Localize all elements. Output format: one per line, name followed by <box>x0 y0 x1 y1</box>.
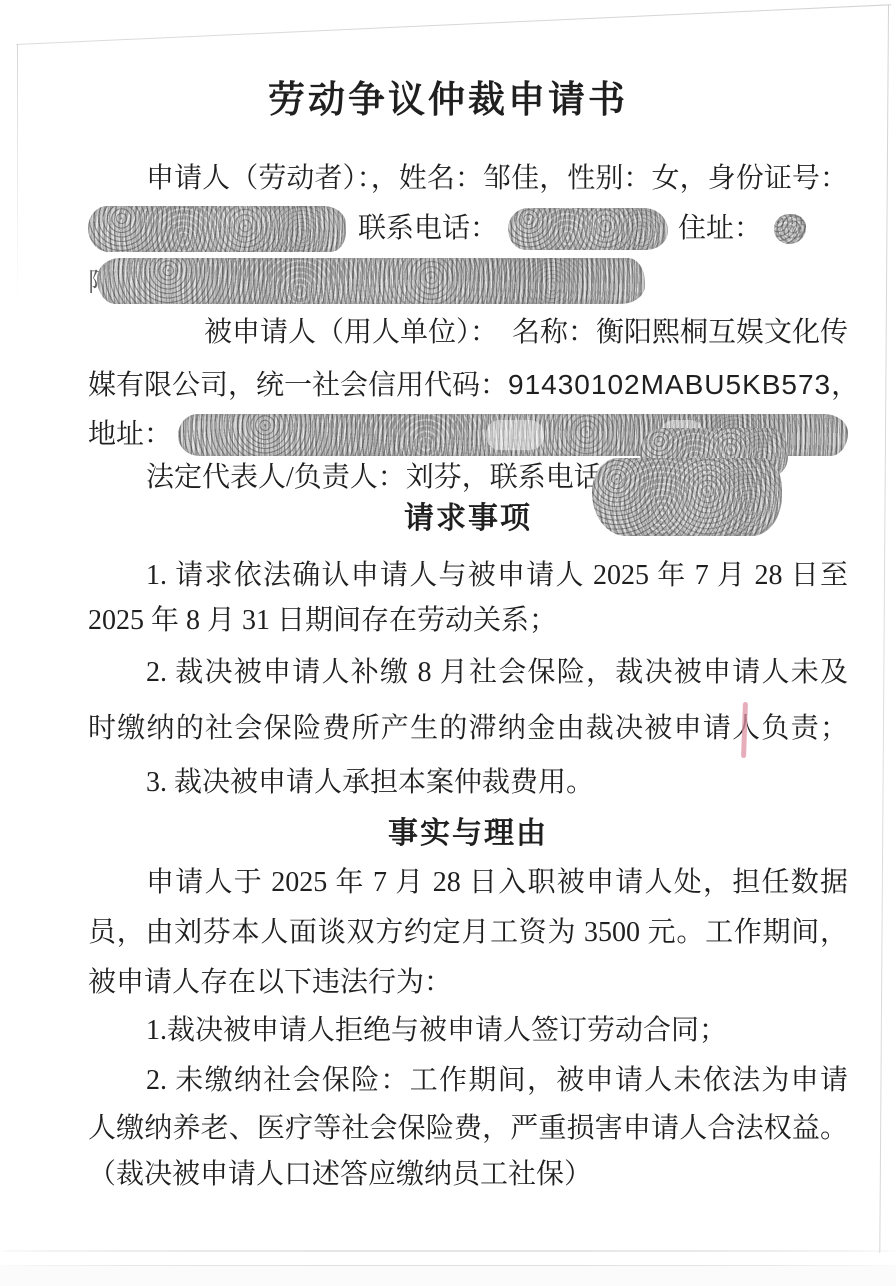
respondent-name-continued: 媒有限公司，统一社会信用代码： <box>88 370 508 401</box>
facts-item2-line2: 人缴纳养老、医疗等社会保险费，严重损害申请人合法权益。 <box>88 1106 848 1152</box>
respondent-label: 被申请人（用人单位）： <box>88 310 498 356</box>
credit-code-line: 媒有限公司，统一社会信用代码：91430102MABU5KB573， <box>88 362 848 408</box>
phone-label: 联系电话： <box>358 206 498 252</box>
page-bottom-edge <box>0 1250 896 1252</box>
facts-para-line1: 申请人于 2025 年 7 月 28 日入职被申请人处，担任数据 <box>88 860 848 906</box>
facts-heading: 事实与理由 <box>88 812 848 856</box>
page-top-edge <box>16 4 891 45</box>
redaction-address-start <box>774 214 806 244</box>
claims-heading: 请求事项 <box>88 497 848 541</box>
applicant-contact-line: 联系电话： 住址： <box>88 206 848 252</box>
respondent-address-label: 地址： <box>88 412 172 458</box>
redaction-phone-number <box>508 208 668 250</box>
claim-item3: 3. 裁决被申请人承担本案仲裁费用。 <box>88 760 848 806</box>
legal-rep-text: 法定代表人/负责人：刘芬，联系电话： <box>146 462 630 493</box>
address-label: 住址： <box>678 206 762 252</box>
facts-item2-line1: 2. 未缴纳社会保险：工作期间，被申请人未依法为申请 <box>88 1058 848 1104</box>
redaction-id-number <box>88 206 346 252</box>
facts-note-line: （裁决被申请人口述答应缴纳员工社保） <box>88 1152 848 1198</box>
facts-para-line2: 员，由刘芬本人面谈双方约定月工资为 3500 元。工作期间， <box>88 910 848 956</box>
page-right-edge <box>879 5 889 1253</box>
claim-item1-line1: 1. 请求依法确认申请人与被申请人 2025 年 7 月 28 日至 <box>88 553 848 599</box>
scanned-document-page: 劳动争议仲裁申请书 申请人（劳动者）：，姓名：邹佳，性别：女，身份证号： 联系电… <box>0 0 896 1286</box>
redaction-address-continued <box>97 258 645 304</box>
claim-item2-line1: 2. 裁决被申请人补缴 8 月社会保险，裁决被申请人未及 <box>88 650 848 696</box>
document-title: 劳动争议仲裁申请书 <box>0 78 896 124</box>
facts-item1: 1.裁决被申请人拒绝与被申请人签订劳动合同； <box>88 1008 848 1054</box>
claim-item1-line2: 2025 年 8 月 31 日期间存在劳动关系； <box>88 598 848 644</box>
respondent-intro-line: 被申请人（用人单位）： 名称：衡阳熙桐互娱文化传 <box>88 310 848 356</box>
credit-code: 91430102MABU5KB573 <box>508 369 831 400</box>
claim-item2-line2: 时缴纳的社会保险费所产生的滞纳金由裁决被申请人负责； <box>88 706 848 752</box>
facts-para-line3: 被申请人存在以下违法行为： <box>88 960 848 1006</box>
applicant-intro-text: 申请人（劳动者）：，姓名：邹佳，性别：女，身份证号： <box>146 163 848 194</box>
scan-background <box>0 1266 896 1286</box>
applicant-info-line: 申请人（劳动者）：，姓名：邹佳，性别：女，身份证号： <box>88 156 848 202</box>
after-code-comma: ， <box>831 370 859 401</box>
respondent-name-part: 名称：衡阳熙桐互娱文化传 <box>512 310 848 356</box>
applicant-address-line: 阿 <box>88 258 848 304</box>
